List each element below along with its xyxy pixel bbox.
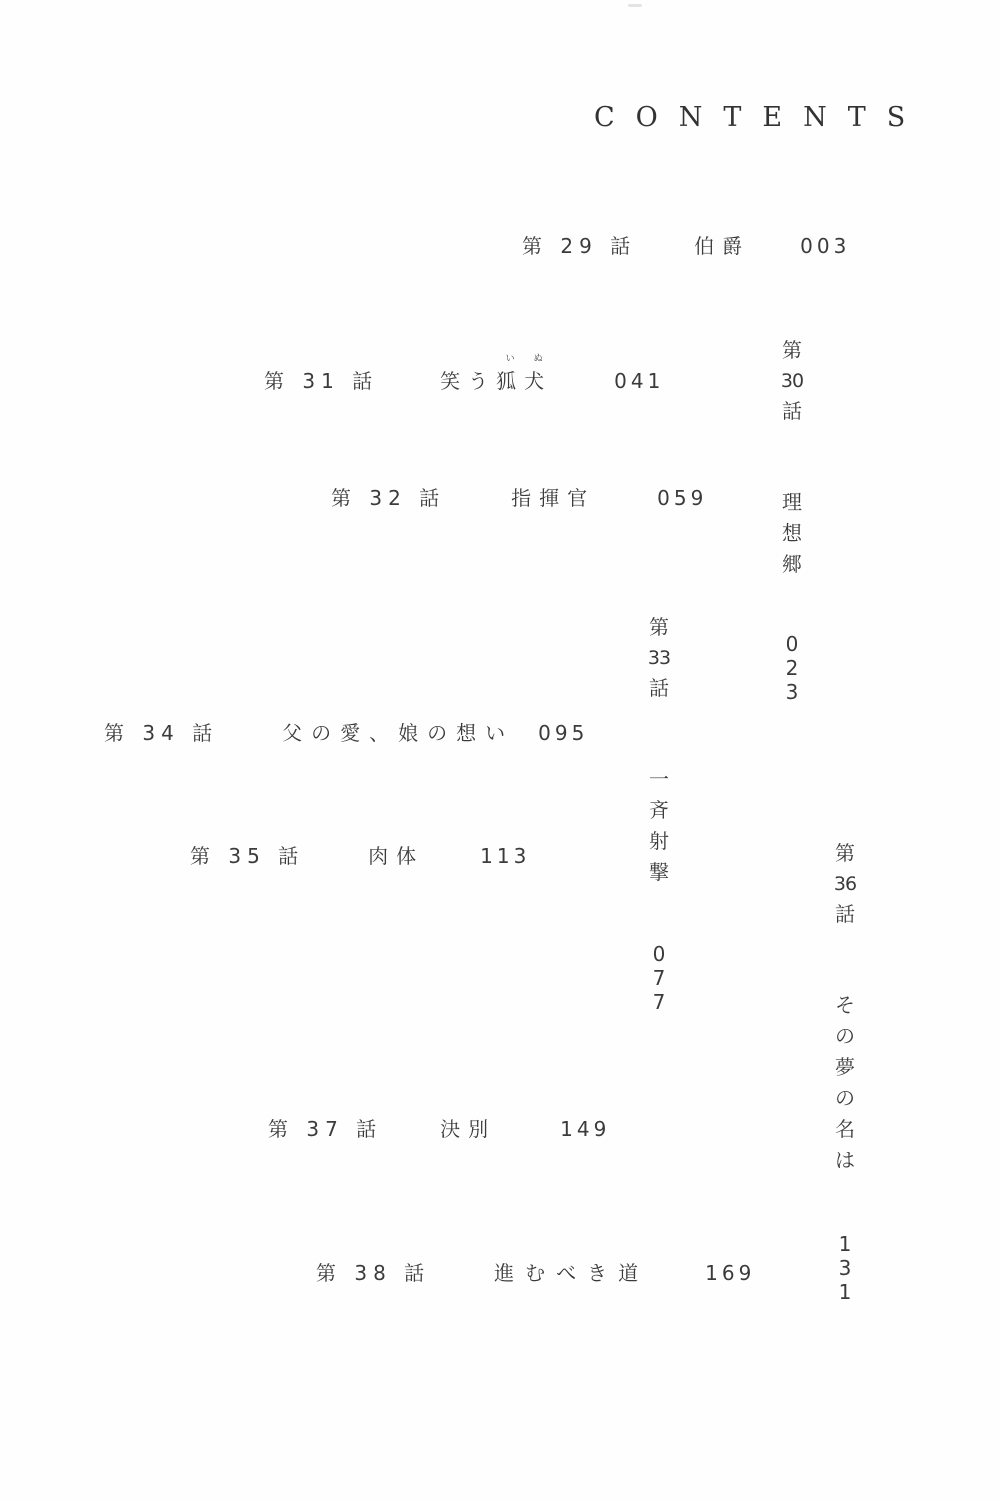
toc-entry-37[interactable]: 第 37 話 決別 149 bbox=[268, 1113, 610, 1142]
chapter-title-char: 射 bbox=[649, 826, 669, 857]
page-digit: 2 bbox=[786, 656, 799, 680]
chapter-number: 第 31 話 bbox=[264, 365, 378, 394]
chapter-number: 第 37 話 bbox=[268, 1113, 382, 1142]
chapter-title-char: 一 bbox=[649, 764, 669, 795]
chapter-suffix: 話 bbox=[649, 673, 669, 704]
page-number: 095 bbox=[538, 721, 588, 745]
chapter-prefix: 第 bbox=[649, 612, 669, 643]
chapter-title-char: 斉 bbox=[649, 795, 669, 826]
toc-entry-31[interactable]: 第 31 話 笑うい狐ぬ犬 041 bbox=[264, 365, 664, 394]
toc-entry-36-vertical[interactable]: 第 36 話 そ の 夢 の 名 は 1 3 1 bbox=[830, 838, 860, 1304]
chapter-number: 第 38 話 bbox=[316, 1257, 430, 1286]
chapter-title-char: そ bbox=[835, 990, 855, 1021]
furigana: い bbox=[506, 351, 515, 364]
ruby-base: い狐 bbox=[496, 365, 524, 394]
page-digit: 3 bbox=[786, 680, 799, 704]
chapter-title-char: 撃 bbox=[649, 857, 669, 888]
chapter-title: 伯爵 bbox=[694, 230, 750, 259]
chapter-number: 第 32 話 bbox=[331, 482, 445, 511]
chapter-title: 笑うい狐ぬ犬 bbox=[440, 365, 552, 394]
chapter-title-char: 郷 bbox=[782, 549, 802, 580]
chapter-title-char: は bbox=[835, 1145, 855, 1176]
page-number: 169 bbox=[705, 1261, 755, 1285]
chapter-title: 父の愛、娘の想い bbox=[282, 717, 514, 746]
toc-entry-29[interactable]: 第 29 話 伯爵 003 bbox=[522, 230, 850, 259]
chapter-title: 指揮官 bbox=[511, 482, 595, 511]
chapter-title: 肉体 bbox=[368, 840, 424, 869]
chapter-number: 30 bbox=[781, 366, 803, 396]
page-digit: 3 bbox=[839, 1256, 852, 1280]
chapter-title: 決別 bbox=[440, 1113, 496, 1142]
chapter-title-char: 想 bbox=[782, 518, 802, 549]
chapter-prefix: 第 bbox=[782, 335, 802, 366]
page-number: 003 bbox=[800, 234, 850, 258]
chapter-suffix: 話 bbox=[835, 899, 855, 930]
page-digit: 0 bbox=[653, 942, 666, 966]
toc-entry-34[interactable]: 第 34 話 父の愛、娘の想い 095 bbox=[104, 717, 588, 746]
toc-entry-30-vertical[interactable]: 第 30 話 理 想 郷 0 2 3 bbox=[777, 335, 807, 704]
page-digit: 7 bbox=[653, 990, 666, 1014]
toc-entry-38[interactable]: 第 38 話 進むべき道 169 bbox=[316, 1257, 755, 1286]
page-digit: 7 bbox=[653, 966, 666, 990]
page-number: 059 bbox=[657, 486, 707, 510]
chapter-prefix: 第 bbox=[835, 838, 855, 869]
chapter-title-char: の bbox=[835, 1021, 855, 1052]
toc-entry-32[interactable]: 第 32 話 指揮官 059 bbox=[331, 482, 707, 511]
chapter-suffix: 話 bbox=[782, 396, 802, 427]
chapter-title-char: 名 bbox=[835, 1114, 855, 1145]
toc-entry-35[interactable]: 第 35 話 肉体 113 bbox=[190, 840, 530, 869]
page-digit: 1 bbox=[839, 1280, 852, 1304]
ruby-base: ぬ犬 bbox=[524, 365, 552, 394]
page-number: 149 bbox=[560, 1117, 610, 1141]
page-digit: 0 bbox=[786, 632, 799, 656]
chapter-title-char: の bbox=[835, 1083, 855, 1114]
page-number: 041 bbox=[614, 369, 664, 393]
toc-entry-33-vertical[interactable]: 第 33 話 一 斉 射 撃 0 7 7 bbox=[644, 612, 674, 1014]
chapter-title-char: 夢 bbox=[835, 1052, 855, 1083]
chapter-number: 33 bbox=[648, 643, 670, 673]
page-number: 113 bbox=[480, 844, 530, 868]
chapter-number: 36 bbox=[834, 869, 856, 899]
chapter-number: 第 35 話 bbox=[190, 840, 304, 869]
page-digit: 1 bbox=[839, 1232, 852, 1256]
chapter-number: 第 29 話 bbox=[522, 230, 636, 259]
chapter-number: 第 34 話 bbox=[104, 717, 218, 746]
chapter-title: 進むべき道 bbox=[494, 1257, 649, 1286]
contents-page: CONTENTS 第 29 話 伯爵 003 第 31 話 笑うい狐ぬ犬 041… bbox=[0, 0, 1000, 1501]
page-title: CONTENTS bbox=[594, 102, 926, 133]
furigana: ぬ bbox=[534, 351, 543, 364]
chapter-title-char: 理 bbox=[782, 487, 802, 518]
scan-speck bbox=[628, 4, 642, 7]
